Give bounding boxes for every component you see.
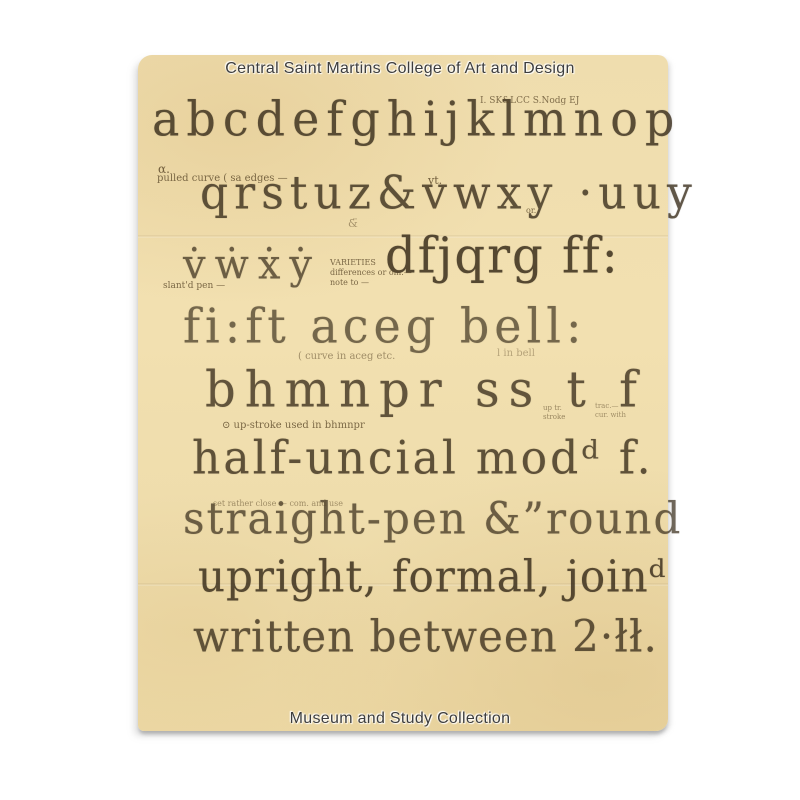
collection-image-view: abcdefghijklmnop qrstuz&vwxy ·uuy v̇ẇẋ… bbox=[0, 0, 800, 800]
annotation-curve-in-aceg: ( curve in aceg etc. bbox=[298, 351, 395, 364]
annotation-ampersand: &̈ bbox=[348, 217, 358, 231]
annotation-or: or. bbox=[526, 206, 536, 216]
institution-caption: Central Saint Martins College of Art and… bbox=[0, 60, 800, 78]
calligraphy-line-ligatures: fi:ft aceg bell: bbox=[183, 302, 586, 350]
annotation-slanted-pen: slant'd pen — bbox=[163, 281, 225, 292]
calligraphy-line-half-uncial: half-uncial modᵈ f. bbox=[192, 436, 654, 482]
annotation-upstroke: ⊙ up-stroke used in bhmnpr bbox=[222, 420, 365, 433]
calligraphy-line-written-between: written between 2·łł. bbox=[193, 615, 658, 659]
annotation-varieties: VARIETIES differences or om.— note to — bbox=[330, 258, 412, 288]
annotation-faint-note-1: up tr. stroke bbox=[543, 404, 565, 422]
annotation-l-in-bell: l in bell bbox=[497, 348, 535, 361]
calligraphy-line-variant-letters: dfjqrg ff: bbox=[385, 231, 620, 281]
calligraphy-line-upright-formal: upright, formal, joinᵈ bbox=[198, 555, 666, 599]
manuscript-photo: abcdefghijklmnop qrstuz&vwxy ·uuy v̇ẇẋ… bbox=[138, 55, 668, 731]
collection-caption: Museum and Study Collection bbox=[0, 710, 800, 728]
annotation-yt: yt. bbox=[428, 174, 442, 188]
annotation-faint-note-2: trac.— cur. with bbox=[595, 402, 626, 420]
annotation-pulled-curve: pulled curve ( sa edges — bbox=[157, 173, 288, 186]
calligraphy-line-upstroke-letters: bhmnpr ss t f bbox=[205, 365, 646, 415]
calligraphy-line-dotted-vwxy: v̇ẇẋẏ bbox=[183, 244, 321, 286]
annotation-set-rather-close: set rather close — com. and use bbox=[213, 499, 343, 509]
calligraphy-line-alphabet-1: abcdefghijklmnop bbox=[152, 95, 681, 143]
corner-note: I. SK&LCC S.Nodg EJ bbox=[480, 96, 579, 107]
